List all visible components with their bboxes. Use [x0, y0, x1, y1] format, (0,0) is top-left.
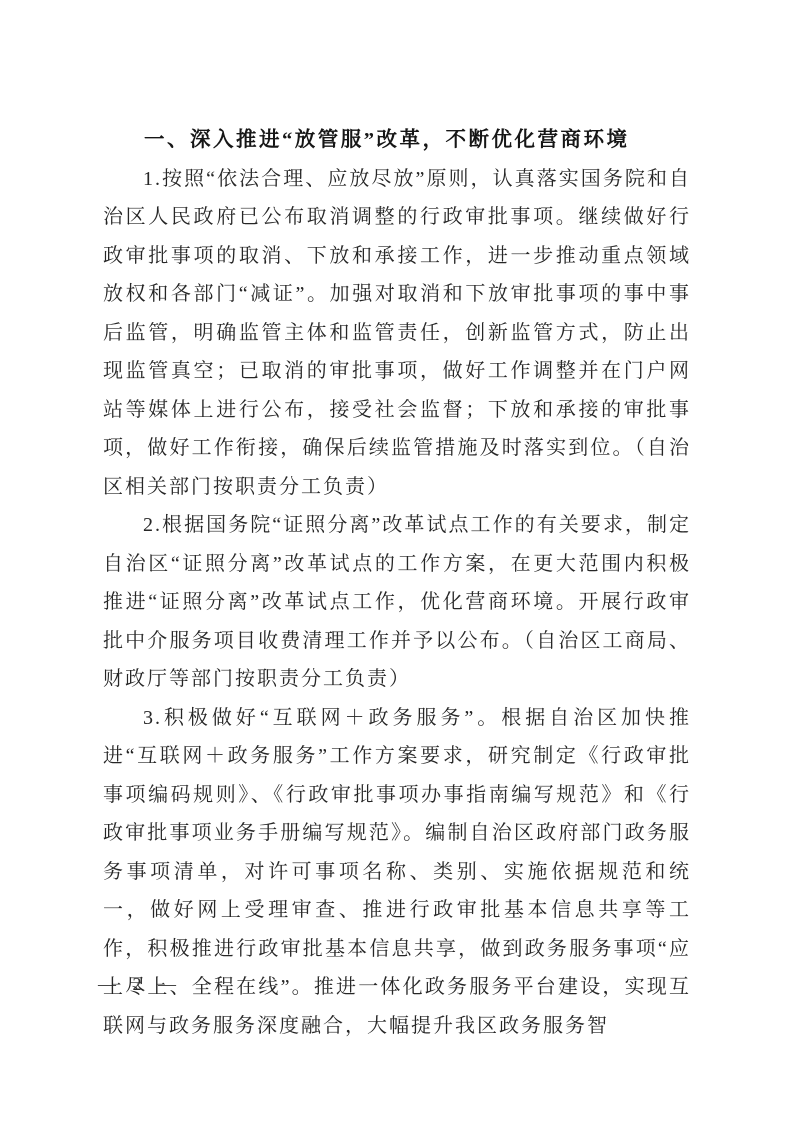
page-number: — 2 — [98, 968, 182, 1000]
section-heading: 一、深入推进“放管服”改革，不断优化营商环境 [103, 121, 691, 160]
paragraph-item-3: 3.积极做好“互联网＋政务服务”。根据自治区加快推进“互联网＋政务服务”工作方案… [103, 699, 691, 1046]
document-body: 一、深入推进“放管服”改革，不断优化营商环境 1.按照“依法合理、应放尽放”原则… [103, 121, 691, 1045]
paragraph-item-1: 1.按照“依法合理、应放尽放”原则，认真落实国务院和自治区人民政府已公布取消调整… [103, 160, 691, 507]
paragraph-item-2: 2.根据国务院“证照分离”改革试点工作的有关要求，制定自治区“证照分离”改革试点… [103, 506, 691, 699]
document-page: 一、深入推进“放管服”改革，不断优化营商环境 1.按照“依法合理、应放尽放”原则… [0, 0, 793, 1122]
